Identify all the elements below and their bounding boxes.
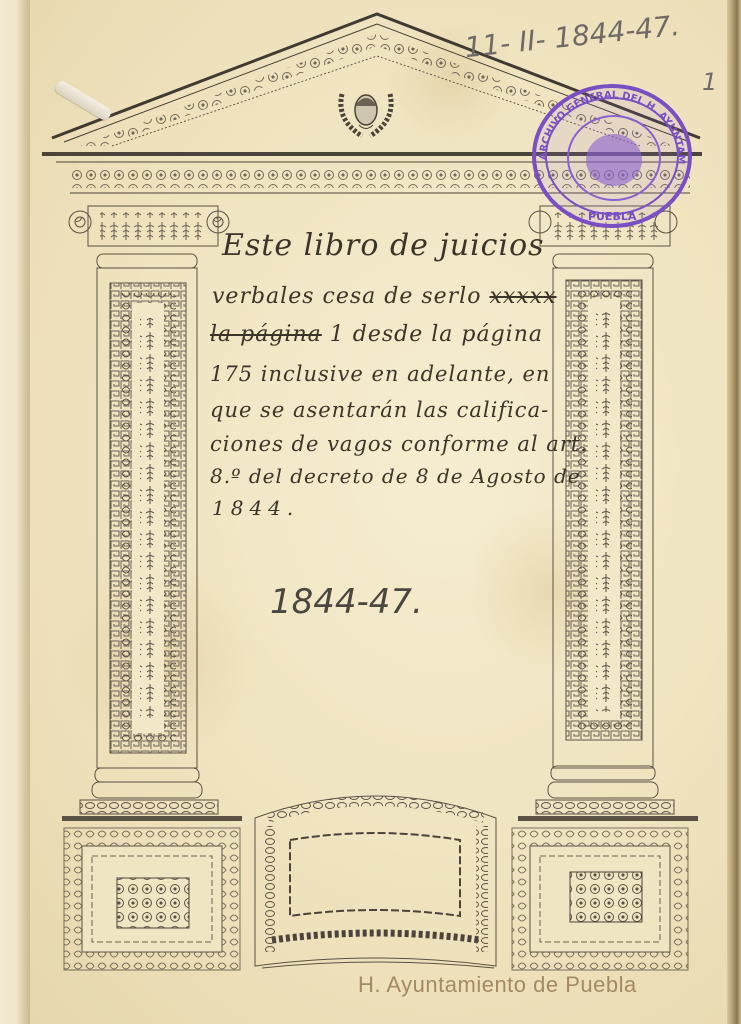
left-column-capital [69,206,229,246]
document-page: 11- II- 1844-47. 1 ARCHIVO GENERAL DEL H… [0,0,741,1024]
interlinear-mark: 1 [330,322,345,347]
struck-word: xxxxx [489,284,556,309]
right-column-shaft [551,254,655,780]
watermark-text: H. Ayuntamiento de Puebla [358,972,637,998]
struck-word: la página [210,322,322,347]
handwritten-line-8: 1844. [212,496,299,520]
handwritten-line-6: ciones de vagos conforme al art. [210,432,588,456]
handwritten-line-2: verbales cesa de serlo xxxxx [212,284,557,309]
handwritten-line-1: Este libro de juicios [222,228,545,263]
right-column-base [518,782,698,821]
left-pedestal [64,828,240,970]
left-column-shaft [95,254,199,782]
handwritten-line-4: 175 inclusive en adelante, en [210,362,550,386]
handwritten-line-7: 8.º del decreto de 8 de Agosto de [210,464,581,488]
municipal-archive-stamp: ARCHIVO GENERAL DEL H. AYUNTAMIENTO PUEB… [528,80,696,230]
svg-text:PUEBLA: PUEBLA [588,210,637,223]
left-column-base [62,782,242,821]
center-cartouche [255,796,496,968]
handwritten-line-3: la página 1 desde la página [210,322,543,347]
folio-number: 1 [702,68,717,96]
handwritten-line-5: que se asentarán las califica- [210,398,549,422]
date-range: 1844-47. [270,582,423,622]
mexican-eagle-seal-icon: ARCHIVO GENERAL DEL H. AYUNTAMIENTO PUEB… [528,80,696,230]
laureate-head-medallion-icon [341,94,391,136]
right-pedestal [512,828,688,970]
